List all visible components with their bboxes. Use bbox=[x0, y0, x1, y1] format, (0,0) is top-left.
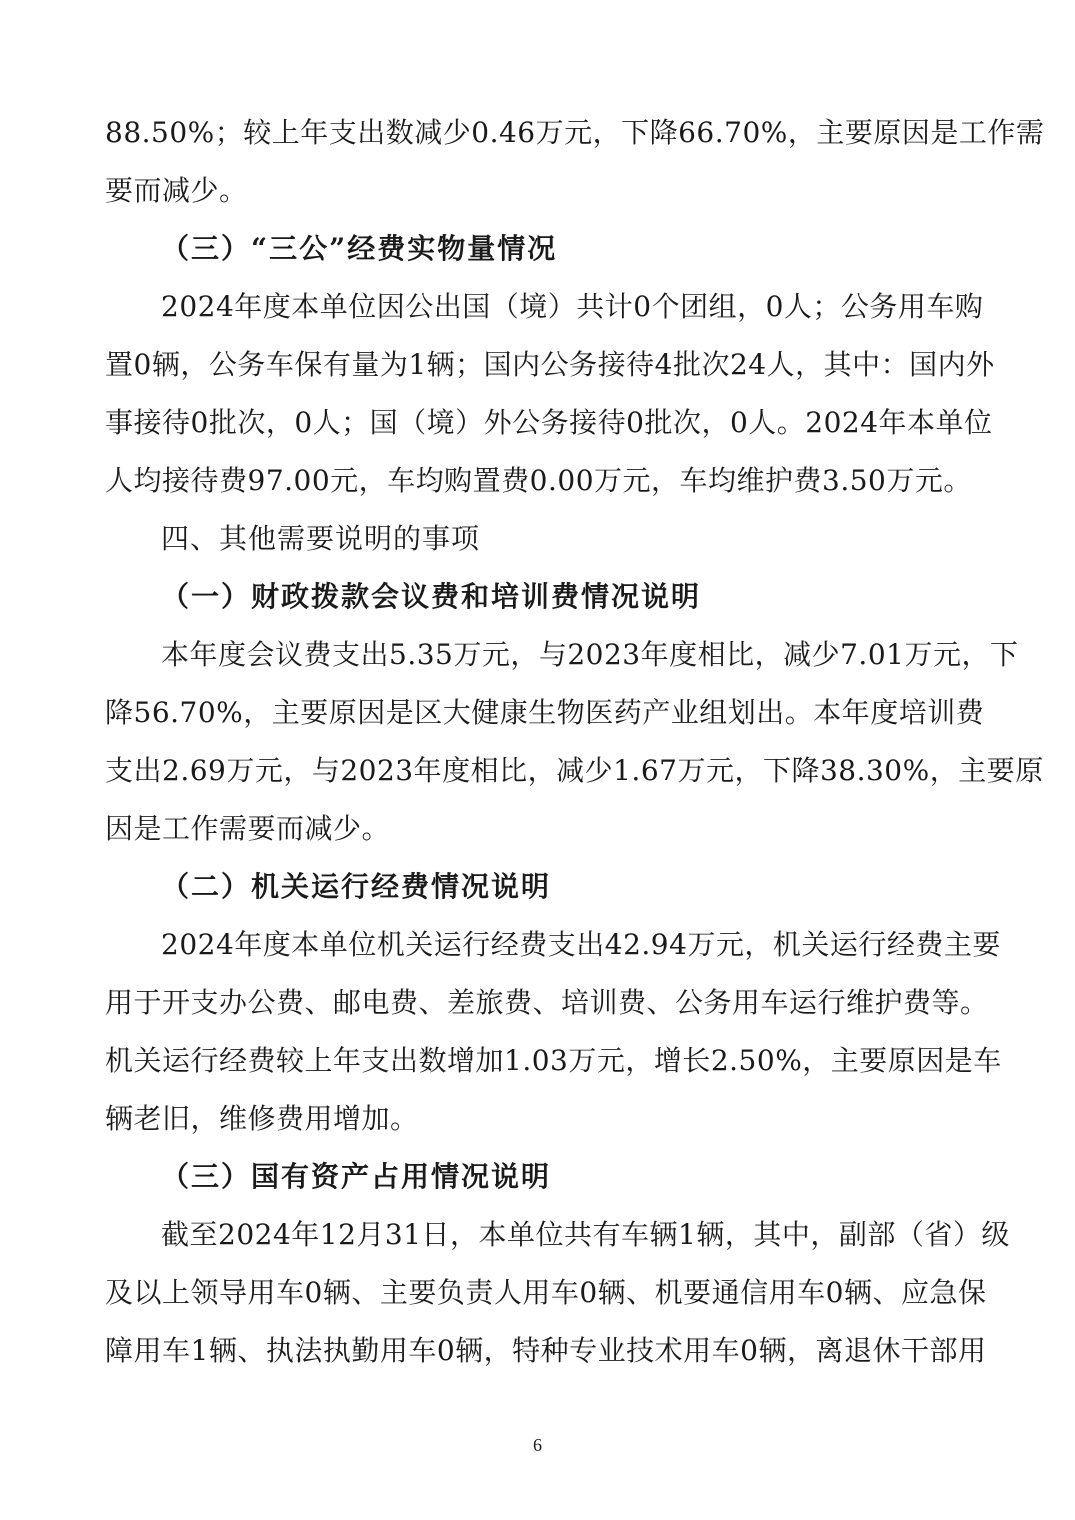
body-line: 因是工作需要而减少。 bbox=[105, 809, 971, 849]
subheading-three-public-expenses-quantity: （三）“三公”经费实物量情况 bbox=[161, 229, 971, 269]
body-line: 机关运行经费较上年支出数增加1.03万元，增长2.50%，主要原因是车 bbox=[105, 1041, 971, 1081]
body-line: 2024年度本单位机关运行经费支出42.94万元，机关运行经费主要 bbox=[161, 925, 971, 965]
subheading-operating-expenses: （二）机关运行经费情况说明 bbox=[161, 867, 971, 907]
body-line: 截至2024年12月31日，本单位共有车辆1辆，其中，副部（省）级 bbox=[161, 1215, 971, 1255]
body-line: 支出2.69万元，与2023年度相比，减少1.67万元，下降38.30%，主要原 bbox=[105, 751, 971, 791]
body-line: 用于开支办公费、邮电费、差旅费、培训费、公务用车运行维护费等。 bbox=[105, 983, 971, 1023]
document-page: 88.50%；较上年支出数减少0.46万元，下降66.70%，主要原因是工作需 … bbox=[0, 0, 1075, 1520]
body-line: 要而减少。 bbox=[105, 171, 971, 211]
body-line: 事接待0批次，0人；国（境）外公务接待0批次，0人。2024年本单位 bbox=[105, 403, 971, 443]
subheading-meeting-training-fees: （一）财政拨款会议费和培训费情况说明 bbox=[161, 577, 971, 617]
body-line: 及以上领导用车0辆、主要负责人用车0辆、机要通信用车0辆、应急保 bbox=[105, 1273, 971, 1313]
subheading-state-assets: （三）国有资产占用情况说明 bbox=[161, 1157, 971, 1197]
body-line: 置0辆，公务车保有量为1辆；国内公务接待4批次24人，其中：国内外 bbox=[105, 345, 971, 385]
body-line: 辆老旧，维修费用增加。 bbox=[105, 1099, 971, 1139]
section-heading-other-matters: 四、其他需要说明的事项 bbox=[161, 519, 971, 559]
body-line: 障用车1辆、执法执勤用车0辆，特种专业技术用车0辆，离退休干部用 bbox=[105, 1331, 971, 1371]
body-line: 人均接待费97.00元，车均购置费0.00万元，车均维护费3.50万元。 bbox=[105, 461, 971, 501]
body-line: 88.50%；较上年支出数减少0.46万元，下降66.70%，主要原因是工作需 bbox=[105, 113, 971, 153]
page-number: 6 bbox=[0, 1433, 1075, 1457]
body-line: 降56.70%，主要原因是区大健康生物医药产业组划出。本年度培训费 bbox=[105, 693, 971, 733]
body-line: 2024年度本单位因公出国（境）共计0个团组，0人；公务用车购 bbox=[161, 287, 971, 327]
body-line: 本年度会议费支出5.35万元，与2023年度相比，减少7.01万元，下 bbox=[161, 635, 971, 675]
